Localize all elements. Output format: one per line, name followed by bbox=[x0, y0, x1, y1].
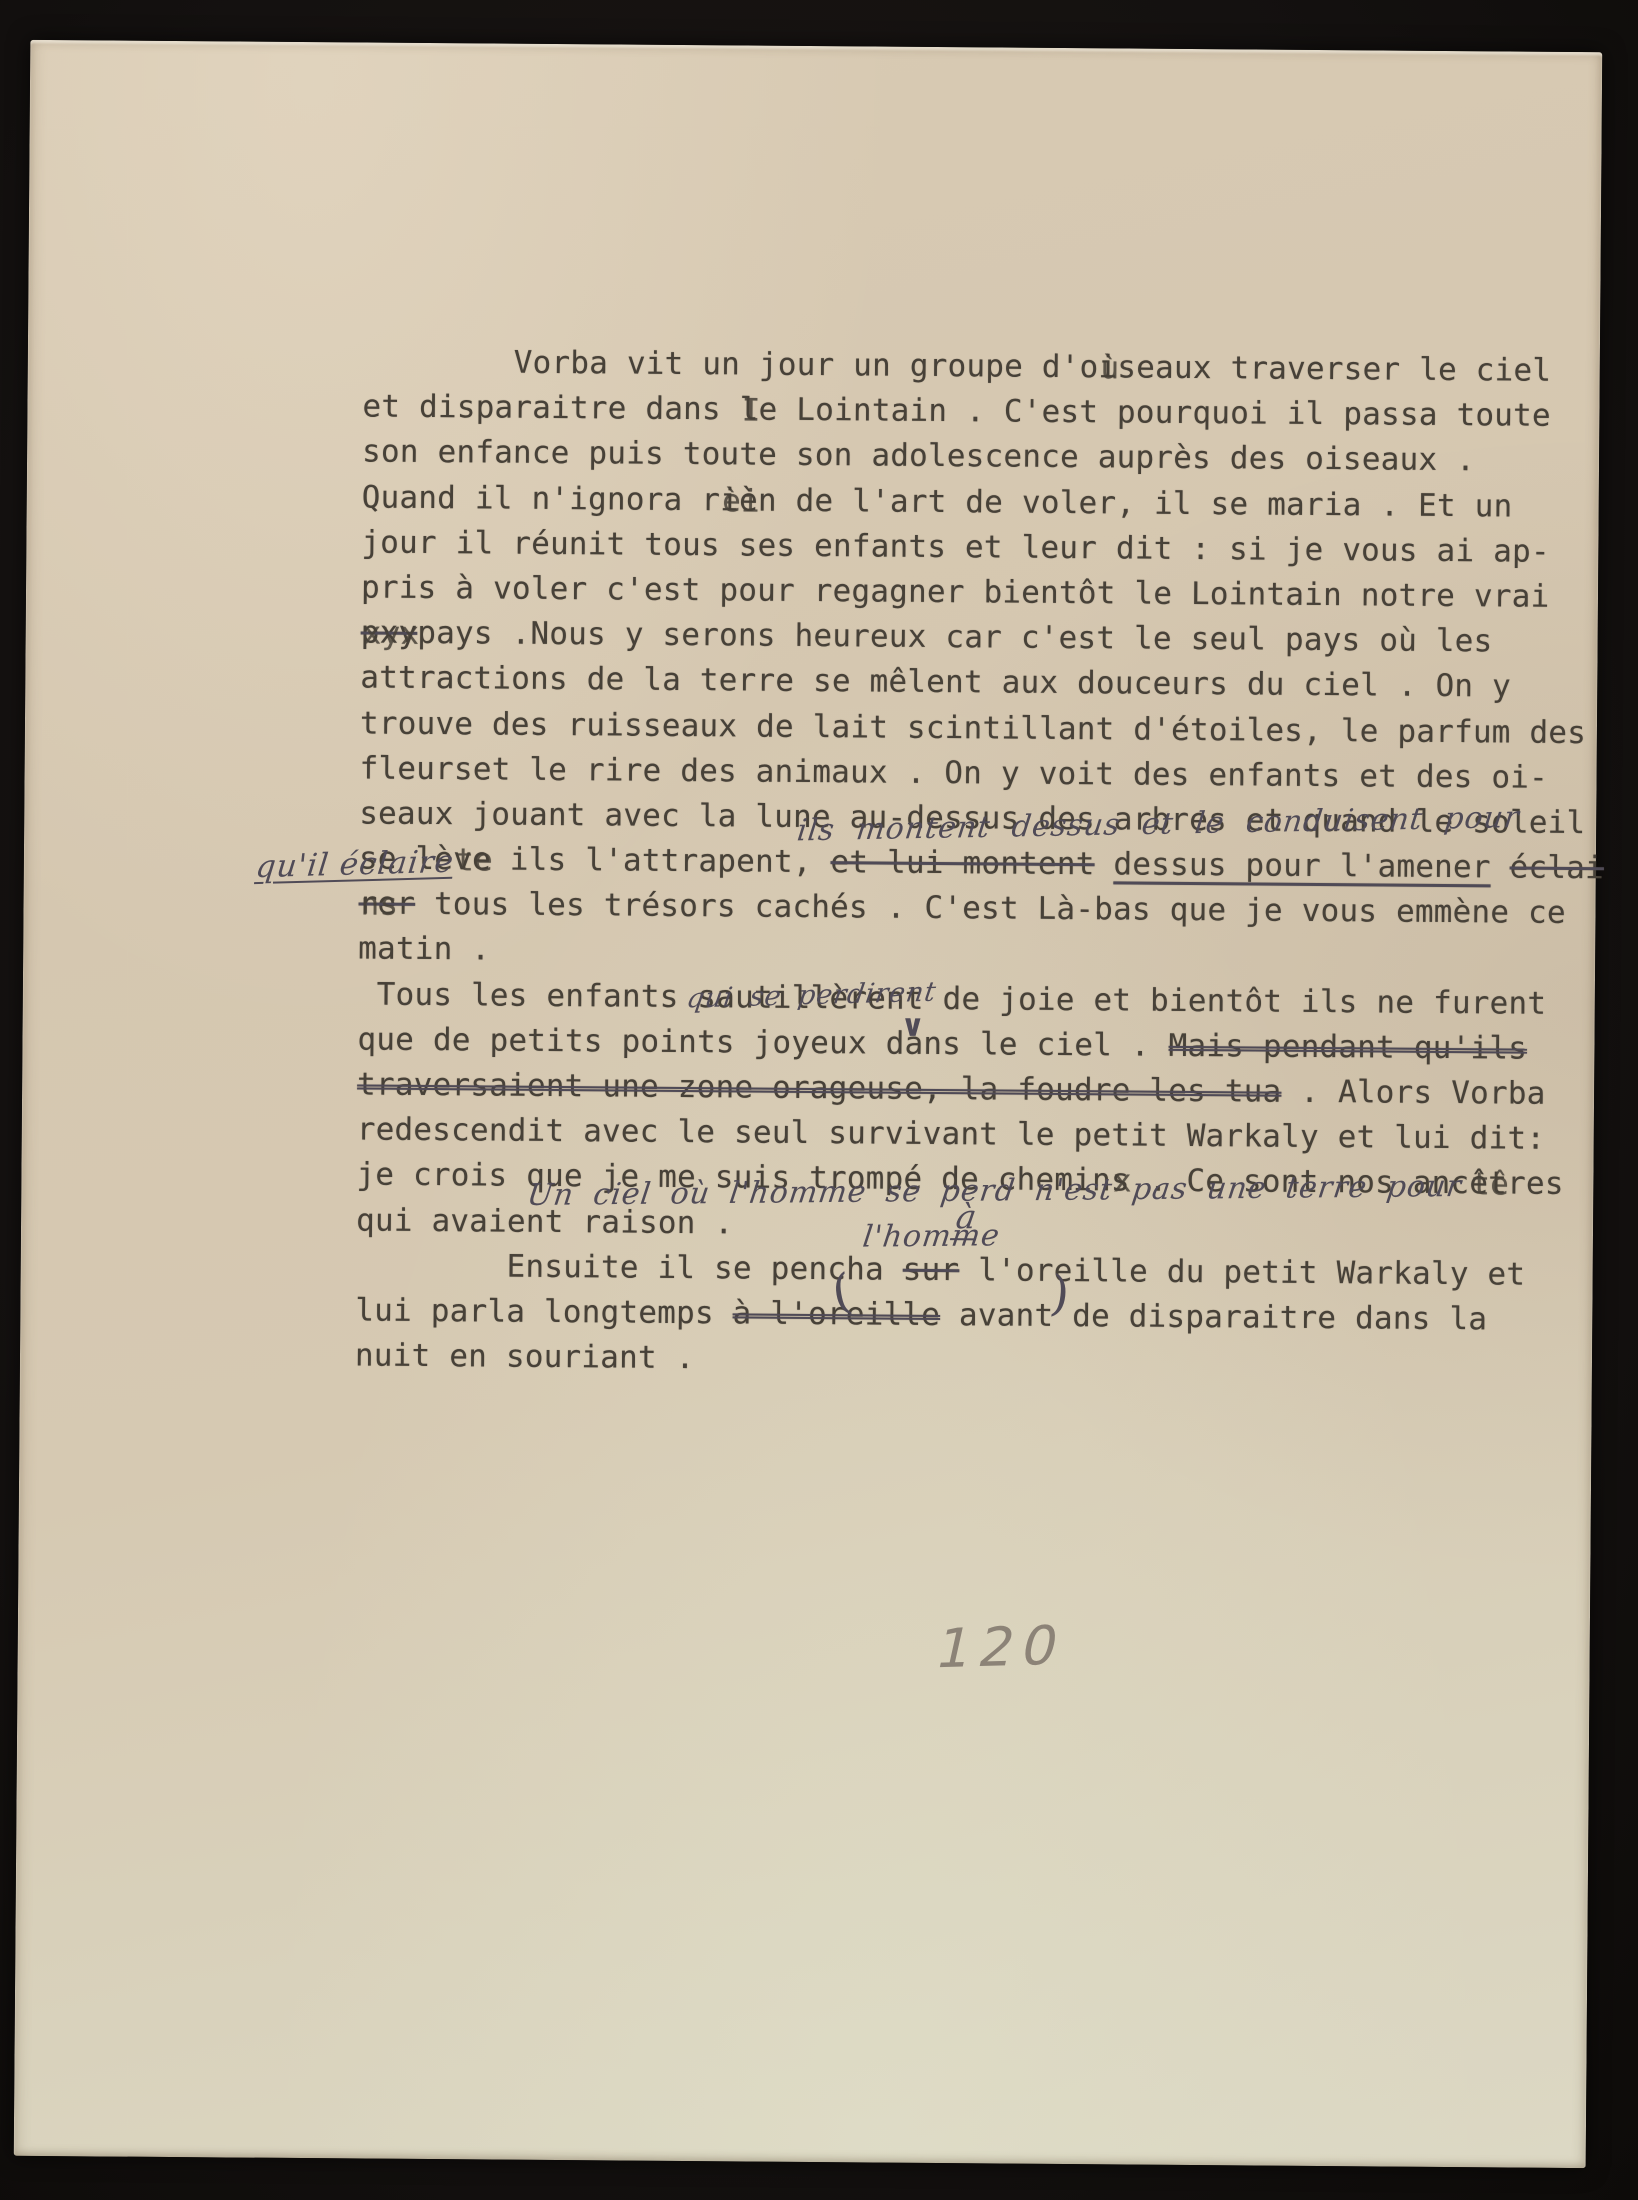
typed-segment: e Lointain . C'est pourquoi il passa tou… bbox=[758, 392, 1551, 434]
handwritten-insertion-quil-eclaire: qu'il éclaire bbox=[254, 844, 456, 885]
typed-segment: Vorba vit un jour un groupe d'o bbox=[363, 343, 1099, 385]
typed-segment: attractions de la terre se mêlent aux do… bbox=[360, 660, 1511, 705]
typed-segment: nuit en souriant . bbox=[355, 1338, 695, 1377]
typed-line: nuit en souriant . bbox=[355, 1334, 1600, 1389]
typed-segment: Quand il n'ignora r bbox=[362, 479, 721, 518]
typed-segment: pays .Nous y serons heureux car c'est le… bbox=[417, 615, 1492, 659]
typed-segment: trouve des ruisseaux de lait scintillant… bbox=[360, 705, 1586, 751]
typed-segment-corrected: pxy bbox=[361, 611, 418, 657]
typed-segment: i bbox=[1098, 345, 1117, 390]
typed-segment bbox=[1491, 849, 1510, 885]
typed-segment: fleurset le rire des animaux . On y voit… bbox=[359, 750, 1548, 795]
handwritten-caret-mark: ∨ bbox=[900, 1009, 925, 1044]
typed-segment-corrected: dessus pour l'amener bbox=[1113, 846, 1491, 885]
typed-segment: l'oreille du petit Warkaly et bbox=[959, 1252, 1525, 1292]
typed-segment bbox=[1094, 846, 1113, 882]
typed-segment: ve bbox=[453, 837, 491, 882]
typed-segment-corrected: éclai bbox=[1509, 850, 1604, 887]
typed-segment: son enfance puis toute son adolescence a… bbox=[362, 434, 1475, 479]
typed-segment: tous les trésors cachés . C'est Là-bas q… bbox=[415, 886, 1566, 931]
typed-segment: iè bbox=[720, 478, 758, 523]
typed-segment-corrected: sur bbox=[903, 1251, 960, 1287]
typed-segment-corrected: et lui montent bbox=[830, 844, 1094, 882]
typed-segment-corrected: traversaient une zone orageuse, la foudr… bbox=[357, 1066, 1282, 1109]
typed-segment: jour il réunit tous ses enfants et leur … bbox=[361, 524, 1550, 569]
typed-segment: seaux traverser le ciel bbox=[1117, 349, 1551, 388]
typed-segment: ils l'attrapent, bbox=[491, 842, 831, 881]
typed-segment-corrected: Mais pendant qu'ils bbox=[1168, 1028, 1527, 1067]
typed-segment: l bbox=[740, 388, 759, 433]
typed-segment: et disparaitre dans bbox=[362, 389, 740, 428]
photo-background: Vorba vit un jour un groupe d'oiseaux tr… bbox=[0, 0, 1638, 2200]
typed-segment: lui parla longtemps bbox=[355, 1292, 733, 1331]
typed-segment: Tous les enfants sautillèrent de joie et… bbox=[358, 976, 1547, 1021]
typed-segment: Ensuite il se pencha bbox=[356, 1247, 903, 1287]
typed-segment: matin . bbox=[358, 931, 490, 968]
typed-segment: res bbox=[1507, 1166, 1564, 1202]
typed-segment: pris à voler c'est pour regagner bientôt… bbox=[361, 569, 1550, 614]
handwritten-page-number: 120 bbox=[930, 1614, 1072, 1680]
typed-segment: . Alors Vorba bbox=[1281, 1074, 1545, 1112]
typed-segment: avant de disparaitre dans la bbox=[940, 1297, 1487, 1337]
typed-segment: redescendit avec le seul survivant le pe… bbox=[357, 1112, 1546, 1157]
typed-segment: n de l'art de voler, il se maria . Et un bbox=[758, 482, 1513, 524]
typed-segment: que de petits points joyeux dans le ciel… bbox=[357, 1021, 1168, 1063]
typed-segment-corrected: rer bbox=[358, 882, 415, 928]
typed-segment: êt bbox=[1469, 1162, 1507, 1207]
manuscript-page: Vorba vit un jour un groupe d'oiseaux tr… bbox=[14, 40, 1603, 2168]
handwritten-word-lhomme: l'homme bbox=[861, 1218, 1002, 1254]
